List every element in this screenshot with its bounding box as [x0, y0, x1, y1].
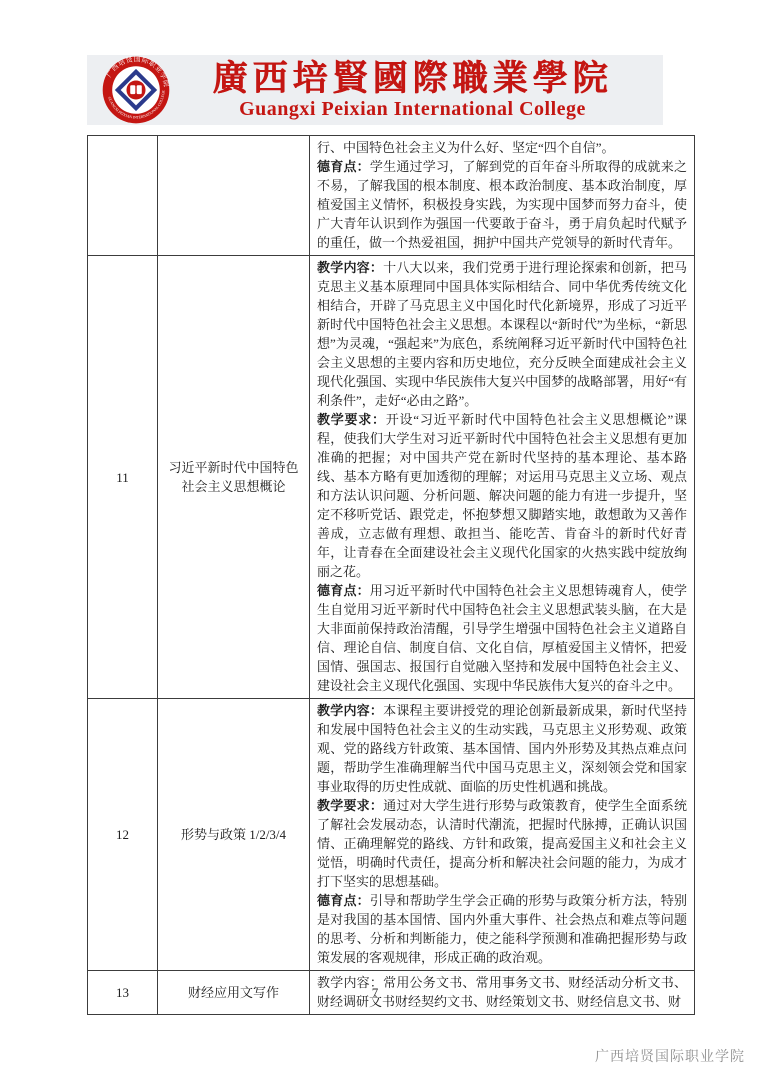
college-title-block: 廣西培賢國際職業學院 Guangxi Peixian International…	[170, 60, 663, 120]
table-row: 行、中国特色社会主义为什么好、坚定“四个自信”。德育点：学生通过学习，了解到党的…	[88, 136, 695, 256]
content-paragraph: 教学内容：十八大以来，我们党勇于进行理论探索和创新，把马克思主义基本原理同中国具…	[317, 258, 687, 410]
course-number	[88, 136, 158, 256]
content-paragraph: 德育点：学生通过学习，了解到党的百年奋斗所取得的成就来之不易，了解我国的根本制度…	[317, 157, 687, 252]
table-row: 12 形势与政策 1/2/3/4 教学内容：本课程主要讲授党的理论创新最新成果，…	[88, 699, 695, 971]
college-logo-icon: 广西培贤国际职业学院 GUANGXI PEIXIAN INTERNATIONAL…	[102, 56, 170, 124]
content-paragraph: 德育点：用习近平新时代中国特色社会主义思想铸魂育人，使学生自觉用习近平新时代中国…	[317, 581, 687, 695]
paragraph-label: 德育点：	[317, 893, 370, 908]
content-paragraph: 教学要求：通过对大学生进行形势与政策教育，使学生全面系统了解社会发展动态，认清时…	[317, 796, 687, 891]
paragraph-label: 教学内容：	[317, 703, 383, 718]
content-paragraph: 行、中国特色社会主义为什么好、坚定“四个自信”。	[317, 138, 687, 157]
content-paragraph: 教学内容：本课程主要讲授党的理论创新最新成果，新时代坚持和发展中国特色社会主义的…	[317, 701, 687, 796]
course-name	[158, 136, 310, 256]
course-content: 行、中国特色社会主义为什么好、坚定“四个自信”。德育点：学生通过学习，了解到党的…	[310, 136, 695, 256]
document-page: 广西培贤国际职业学院 GUANGXI PEIXIAN INTERNATIONAL…	[0, 0, 764, 1080]
course-name: 形势与政策 1/2/3/4	[158, 699, 310, 971]
paragraph-label: 教学要求：	[317, 798, 383, 813]
paragraph-label: 教学内容：	[317, 260, 383, 275]
paragraph-label: 德育点：	[317, 159, 370, 174]
paragraph-label: 德育点：	[317, 583, 370, 598]
footer-watermark: 广西培贤国际职业学院	[595, 1046, 745, 1066]
paragraph-label: 教学要求：	[317, 412, 386, 427]
content-paragraph: 德育点：引导和帮助学生学会正确的形势与政策分析方法，特别是对我国的基本国情、国内…	[317, 891, 687, 967]
course-number: 11	[88, 256, 158, 699]
course-table: 行、中国特色社会主义为什么好、坚定“四个自信”。德育点：学生通过学习，了解到党的…	[87, 135, 695, 1015]
course-content: 教学内容：本课程主要讲授党的理论创新最新成果，新时代坚持和发展中国特色社会主义的…	[310, 699, 695, 971]
page-number: 7	[87, 985, 663, 1001]
college-name-en: Guangxi Peixian International College	[170, 98, 655, 120]
course-content: 教学内容：十八大以来，我们党勇于进行理论探索和创新，把马克思主义基本原理同中国具…	[310, 256, 695, 699]
course-number: 12	[88, 699, 158, 971]
table-row: 11 习近平新时代中国特色社会主义思想概论 教学内容：十八大以来，我们党勇于进行…	[88, 256, 695, 699]
college-header: 广西培贤国际职业学院 GUANGXI PEIXIAN INTERNATIONAL…	[87, 55, 663, 125]
content-paragraph: 教学要求：开设“习近平新时代中国特色社会主义思想概论”课程，使我们大学生对习近平…	[317, 410, 687, 581]
college-name-zh: 廣西培賢國際職業學院	[170, 60, 655, 98]
course-name: 习近平新时代中国特色社会主义思想概论	[158, 256, 310, 699]
